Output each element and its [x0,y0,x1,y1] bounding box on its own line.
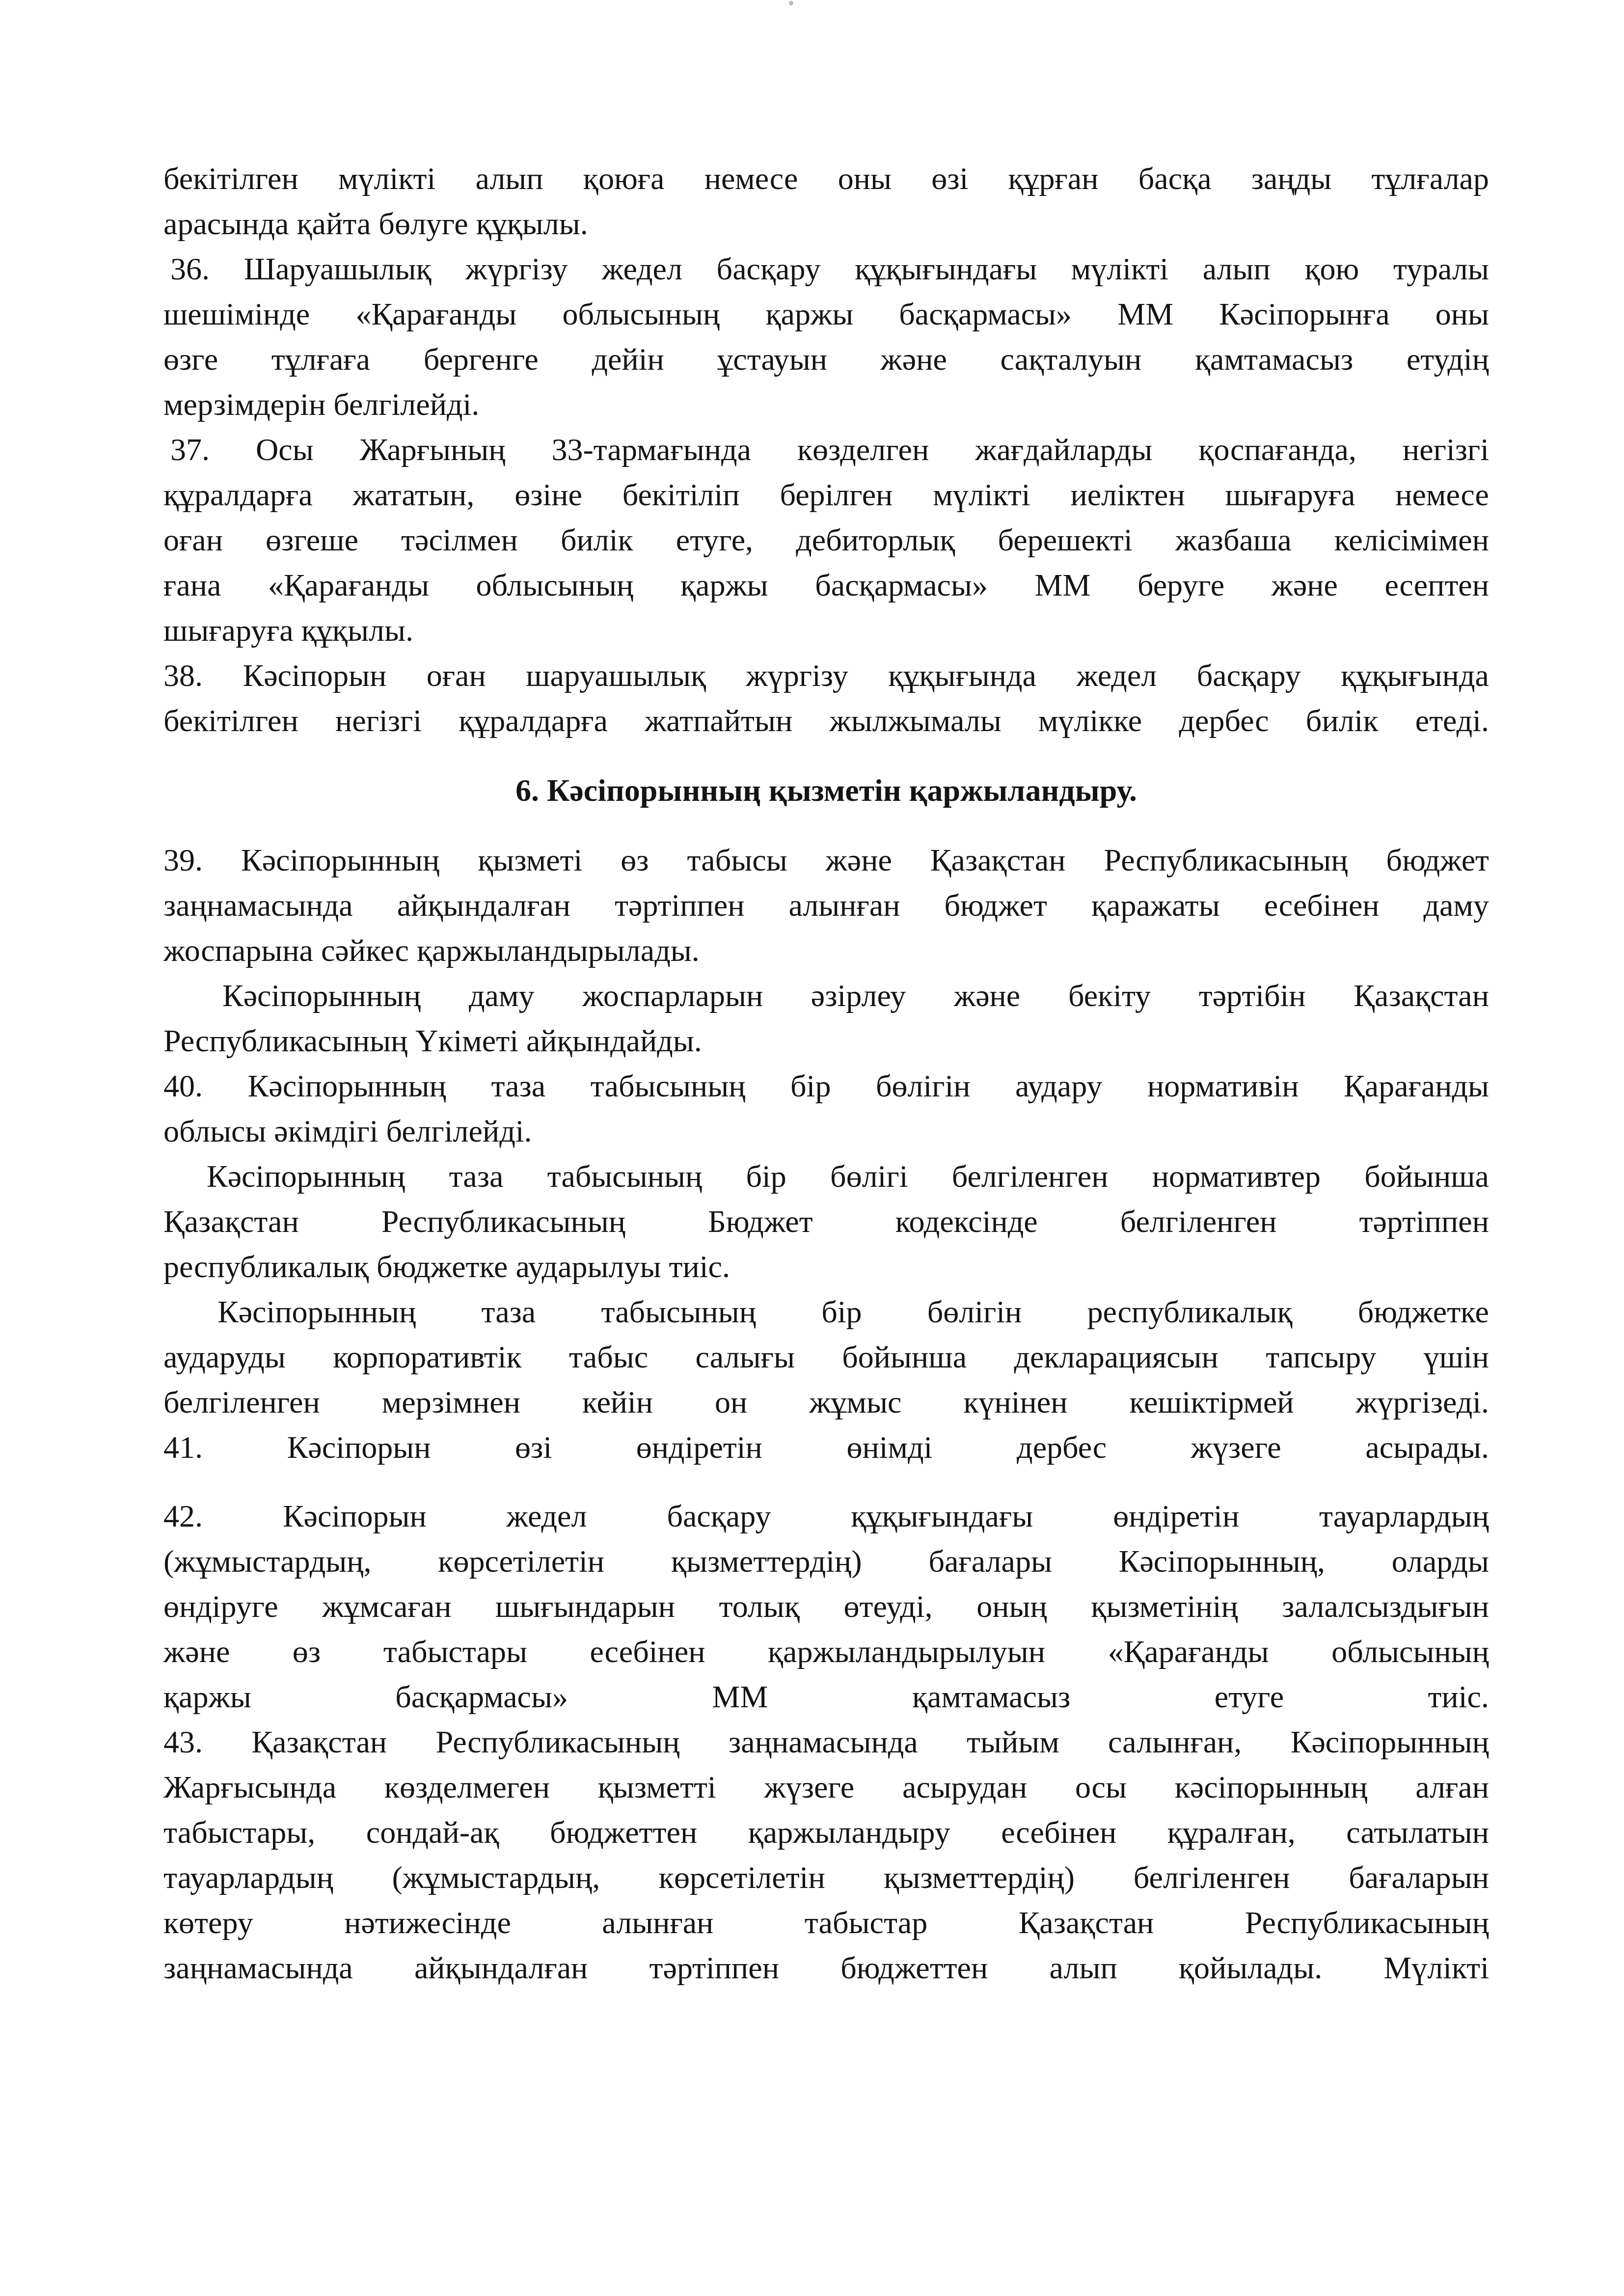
text-line: заңнамасында айқындалған тәртіппен бюдже… [163,1945,1489,1991]
text-line: өндіруге жұмсаған шығындарын толық өтеуд… [163,1584,1489,1629]
section-6-paragraphs-42-43: 42. Кәсіпорын жедел басқару құқығындағы … [163,1494,1489,1991]
text-line: 38. Кәсіпорын оған шаруашылық жүргізу құ… [163,653,1489,698]
text-line: қаржы басқармасы» ММ қамтамасыз етуге ти… [163,1674,1489,1720]
text-line: жоспарына сәйкес қаржыландырылады. [163,928,1489,973]
text-line: көтеру нәтижесінде алынған табыстар Қаза… [163,1900,1489,1945]
text-line: өзге тұлғаға бергенге дейін ұстауын және… [163,337,1489,382]
paragraph-gap [163,1470,1489,1494]
text-line: Республикасының Үкіметі айқындайды. [163,1018,1489,1064]
text-line: мерзімдерін белгілейді. [163,382,1489,427]
text-line: 40. Кәсіпорынның таза табысының бір бөлі… [163,1064,1489,1109]
text-line: шығаруға құқылы. [163,608,1489,653]
text-line: тауарлардың (жұмыстардың, көрсетілетін қ… [163,1855,1489,1900]
section-5-continuation: бекітілген мүлікті алып қоюға немесе оны… [163,156,1489,743]
text-line: белгіленген мерзімнен кейін он жұмыс күн… [163,1380,1489,1425]
text-line: ғана «Қарағанды облысының қаржы басқарма… [163,563,1489,608]
text-line: аударуды корпоративтік табыс салығы бойы… [163,1335,1489,1380]
text-line: заңнамасында айқындалған тәртіппен алынғ… [163,883,1489,928]
text-line: Кәсіпорынның таза табысының бір бөлігін … [163,1289,1489,1335]
text-line: және өз табыстары есебінен қаржыландырыл… [163,1629,1489,1674]
text-line: 42. Кәсіпорын жедел басқару құқығындағы … [163,1494,1489,1539]
text-line: оған өзгеше тәсілмен билік етуге, дебито… [163,518,1489,563]
section-heading: 6. Кәсіпорынның қызметін қаржыландыру. [163,768,1489,813]
text-line: Кәсіпорынның даму жоспарларын әзірлеу жә… [163,973,1489,1018]
text-line: Жарғысында көзделмеген қызметті жүзеге а… [163,1765,1489,1810]
text-line: шешімінде «Қарағанды облысының қаржы бас… [163,292,1489,337]
text-line: 43. Қазақстан Республикасының заңнамасын… [163,1720,1489,1765]
text-line: 37. Осы Жарғының 33-тармағында көзделген… [163,427,1489,472]
section-6-paragraphs-39-41: 39. Кәсіпорынның қызметі өз табысы және … [163,838,1489,1470]
text-line: Кәсіпорынның таза табысының бір бөлігі б… [163,1154,1489,1199]
text-line: бекітілген мүлікті алып қоюға немесе оны… [163,156,1489,201]
text-line: арасында қайта бөлуге құқылы. [163,201,1489,246]
text-line: 39. Кәсіпорынның қызметі өз табысы және … [163,838,1489,883]
text-line: 41. Кәсіпорын өзі өндіретін өнімді дербе… [163,1425,1489,1470]
text-line: (жұмыстардың, көрсетілетін қызметтердің)… [163,1539,1489,1584]
document-page: бекітілген мүлікті алып қоюға немесе оны… [163,156,1489,1991]
text-line: Қазақстан Республикасының Бюджет кодексі… [163,1199,1489,1244]
text-line: облысы әкімдігі белгілейді. [163,1109,1489,1154]
text-line: республикалық бюджетке аударылуы тиіс. [163,1244,1489,1289]
text-line: 36. Шаруашылық жүргізу жедел басқару құқ… [163,246,1489,292]
text-line: табыстары, сондай-ақ бюджеттен қаржыланд… [163,1810,1489,1855]
text-line: бекітілген негізгі құралдарға жатпайтын … [163,698,1489,743]
text-line: құралдарға жататын, өзіне бекітіліп бері… [163,472,1489,518]
scan-speck [789,1,793,5]
